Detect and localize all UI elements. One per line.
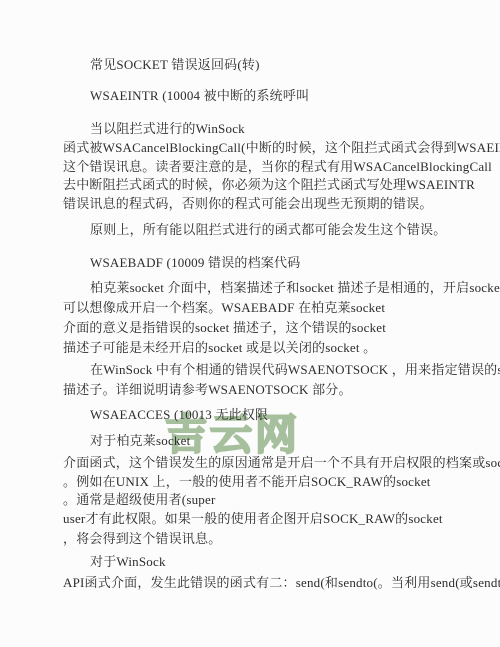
text-line: ，将会得到这个错误讯息。 [63,531,221,546]
text-line: 可以想像成开启一个档案。WSAEBADF 在柏克莱socket [63,300,385,315]
text-line: 常见SOCKET 错误返回码(转) [90,57,260,72]
text-line: 描述子可能是未经开启的socket 或是以关闭的socket 。 [63,340,376,355]
text-line: 去中断阻拦式函式的时候，你必须为这个阻拦式函式写处理WSAEINTR [63,177,475,192]
text-line: 介面的意义是指错误的socket 描述子，这个错误的socket [63,320,386,335]
text-line: 在WinSock 中有个相通的错误代码WSAENOTSOCK ，用来指定错误的s… [90,362,500,377]
text-line: WSAEACCES (10013 无此权限 [90,407,268,422]
text-line: user才有此权限。如果一般的使用者企图开启SOCK_RAW的socket [63,511,443,526]
text-line: WSAEINTR (10004 被中断的系统呼叫 [90,88,309,103]
text-line: 。例如在UNIX 上，一般的使用者不能开启SOCK_RAW的socket [63,474,431,489]
text-line: 对于WinSock [90,554,166,569]
text-line: 错误讯息的程式码，否则你的程式可能会出现些无预期的错误。 [63,196,433,211]
text-line: 这个错误讯息。读者要注意的是，当你的程式有用WSACancelBlockingC… [63,159,492,174]
text-line: 当以阻拦式进行的WinSock [90,121,245,136]
text-line: 对于柏克莱socket [90,433,190,448]
text-line: 介面函式，这个错误发生的原因通常是开启一个不具有开启权限的档案或socket [63,455,500,470]
text-line: 柏克莱socket 介面中，档案描述子和socket 描述子是相通的，开启soc… [90,280,500,295]
text-line: API函式介面，发生此错误的函式有二：send(和sendto(。当利用send… [63,575,500,590]
text-line: WSAEBADF (10009 错误的档案代码 [90,255,300,270]
text-line: 。通常是超级使用者(super [63,492,216,507]
text-line: 描述子。详细说明请参考WSAENOTSOCK 部分。 [63,382,352,397]
text-line: 函式被WSACancelBlockingCall(中断的时候，这个阻拦式函式会得… [63,140,500,155]
text-line: 原则上，所有能以阻拦式进行的函式都可能会发生这个错误。 [90,222,446,237]
document-page: 吉云网 常见SOCKET 错误返回码(转)WSAEINTR (10004 被中断… [0,0,500,647]
